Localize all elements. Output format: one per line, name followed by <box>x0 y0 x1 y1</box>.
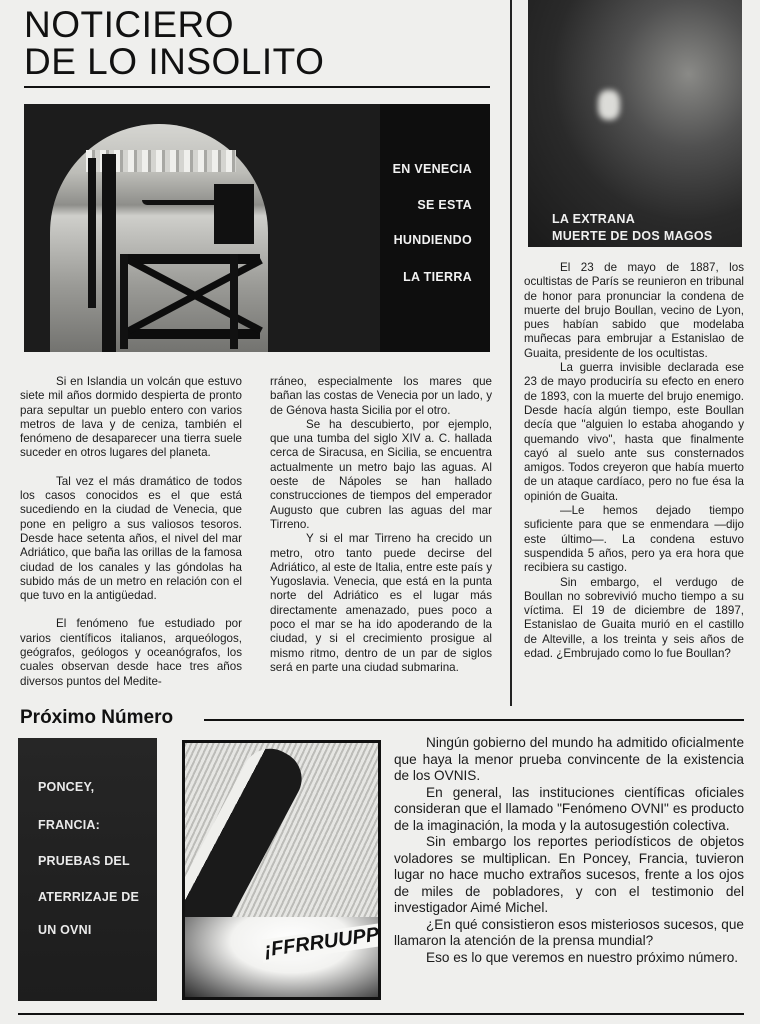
article-paragraph: —Le hemos dejado tiempo suficiente para … <box>524 504 744 575</box>
venice-caption-line: HUNDIENDO <box>312 233 472 247</box>
article-paragraph: Sin embargo los reportes periodísticos d… <box>394 834 744 917</box>
magos-photo: LA EXTRANA MUERTE DE DOS MAGOS <box>528 0 742 247</box>
venice-article-column-2: rráneo, especialmente los mares que baña… <box>270 375 492 675</box>
ufo-comic-illustration: ¡FFRRUUPP! <box>182 740 381 1000</box>
teaser-line: PRUEBAS DEL <box>38 854 130 868</box>
venice-caption-line: LA TIERRA <box>312 270 472 284</box>
venice-caption-line: SE ESTA <box>312 198 472 212</box>
next-issue-heading: Próximo Número <box>20 707 173 729</box>
magos-caption-line-1: LA EXTRANA <box>552 212 635 226</box>
title-line-1: NOTICIERO <box>24 4 234 45</box>
magos-article: El 23 de mayo de 1887, los ocultistas de… <box>524 261 744 661</box>
article-paragraph: Sin embargo, el verdugo de Boullan no so… <box>524 576 744 662</box>
ovni-teaser-box: PONCEY, FRANCIA: PRUEBAS DEL ATERRIZAJE … <box>18 738 157 1001</box>
railing-beam <box>120 329 260 339</box>
column-divider <box>510 0 512 706</box>
mooring-post <box>88 158 96 308</box>
article-paragraph: Si en Islandia un volcán que estuvo siet… <box>20 375 242 461</box>
article-paragraph: Eso es lo que veremos en nuestro próximo… <box>394 950 744 967</box>
next-issue-article: Ningún gobierno del mundo ha admitido of… <box>394 735 744 966</box>
mooring-post <box>102 154 116 352</box>
venice-article-column-1: Si en Islandia un volcán que estuvo siet… <box>20 375 242 689</box>
magos-caption-line-2: MUERTE DE DOS MAGOS <box>552 229 713 243</box>
article-paragraph: La guerra invisible declarada ese 23 de … <box>524 361 744 504</box>
page-title: NOTICIERO DE LO INSOLITO <box>24 6 324 80</box>
venice-photo: EN VENECIA SE ESTA HUNDIENDO LA TIERRA <box>24 104 490 352</box>
candle-light <box>598 90 620 120</box>
article-paragraph: ¿En qué consistieron esos misteriosos su… <box>394 917 744 950</box>
pier-structure <box>214 184 254 244</box>
article-paragraph: El 23 de mayo de 1887, los ocultistas de… <box>524 261 744 361</box>
teaser-line: ATERRIZAJE DE <box>38 890 139 904</box>
heading-rule <box>204 719 744 721</box>
caption-panel <box>380 104 490 352</box>
railing-post <box>230 254 238 349</box>
article-paragraph: rráneo, especialmente los mares que baña… <box>270 375 492 418</box>
article-paragraph: En general, las instituciones científica… <box>394 785 744 835</box>
teaser-line: FRANCIA: <box>38 818 100 832</box>
title-line-2: DE LO INSOLITO <box>24 41 324 82</box>
article-paragraph: Ningún gobierno del mundo ha admitido of… <box>394 735 744 785</box>
title-underline <box>24 86 490 88</box>
article-paragraph: Se ha descubierto, por ejemplo, que una … <box>270 418 492 532</box>
bottom-rule <box>18 1013 744 1015</box>
article-paragraph: Y si el mar Tirreno ha crecido un metro,… <box>270 532 492 675</box>
venice-caption-line: EN VENECIA <box>312 162 472 176</box>
article-paragraph: Tal vez el más dramático de todos los ca… <box>20 475 242 604</box>
teaser-line: UN OVNI <box>38 923 92 937</box>
railing-post <box>120 254 128 349</box>
teaser-line: PONCEY, <box>38 780 94 794</box>
article-paragraph: El fenómeno fue estudiado por varios cie… <box>20 617 242 688</box>
